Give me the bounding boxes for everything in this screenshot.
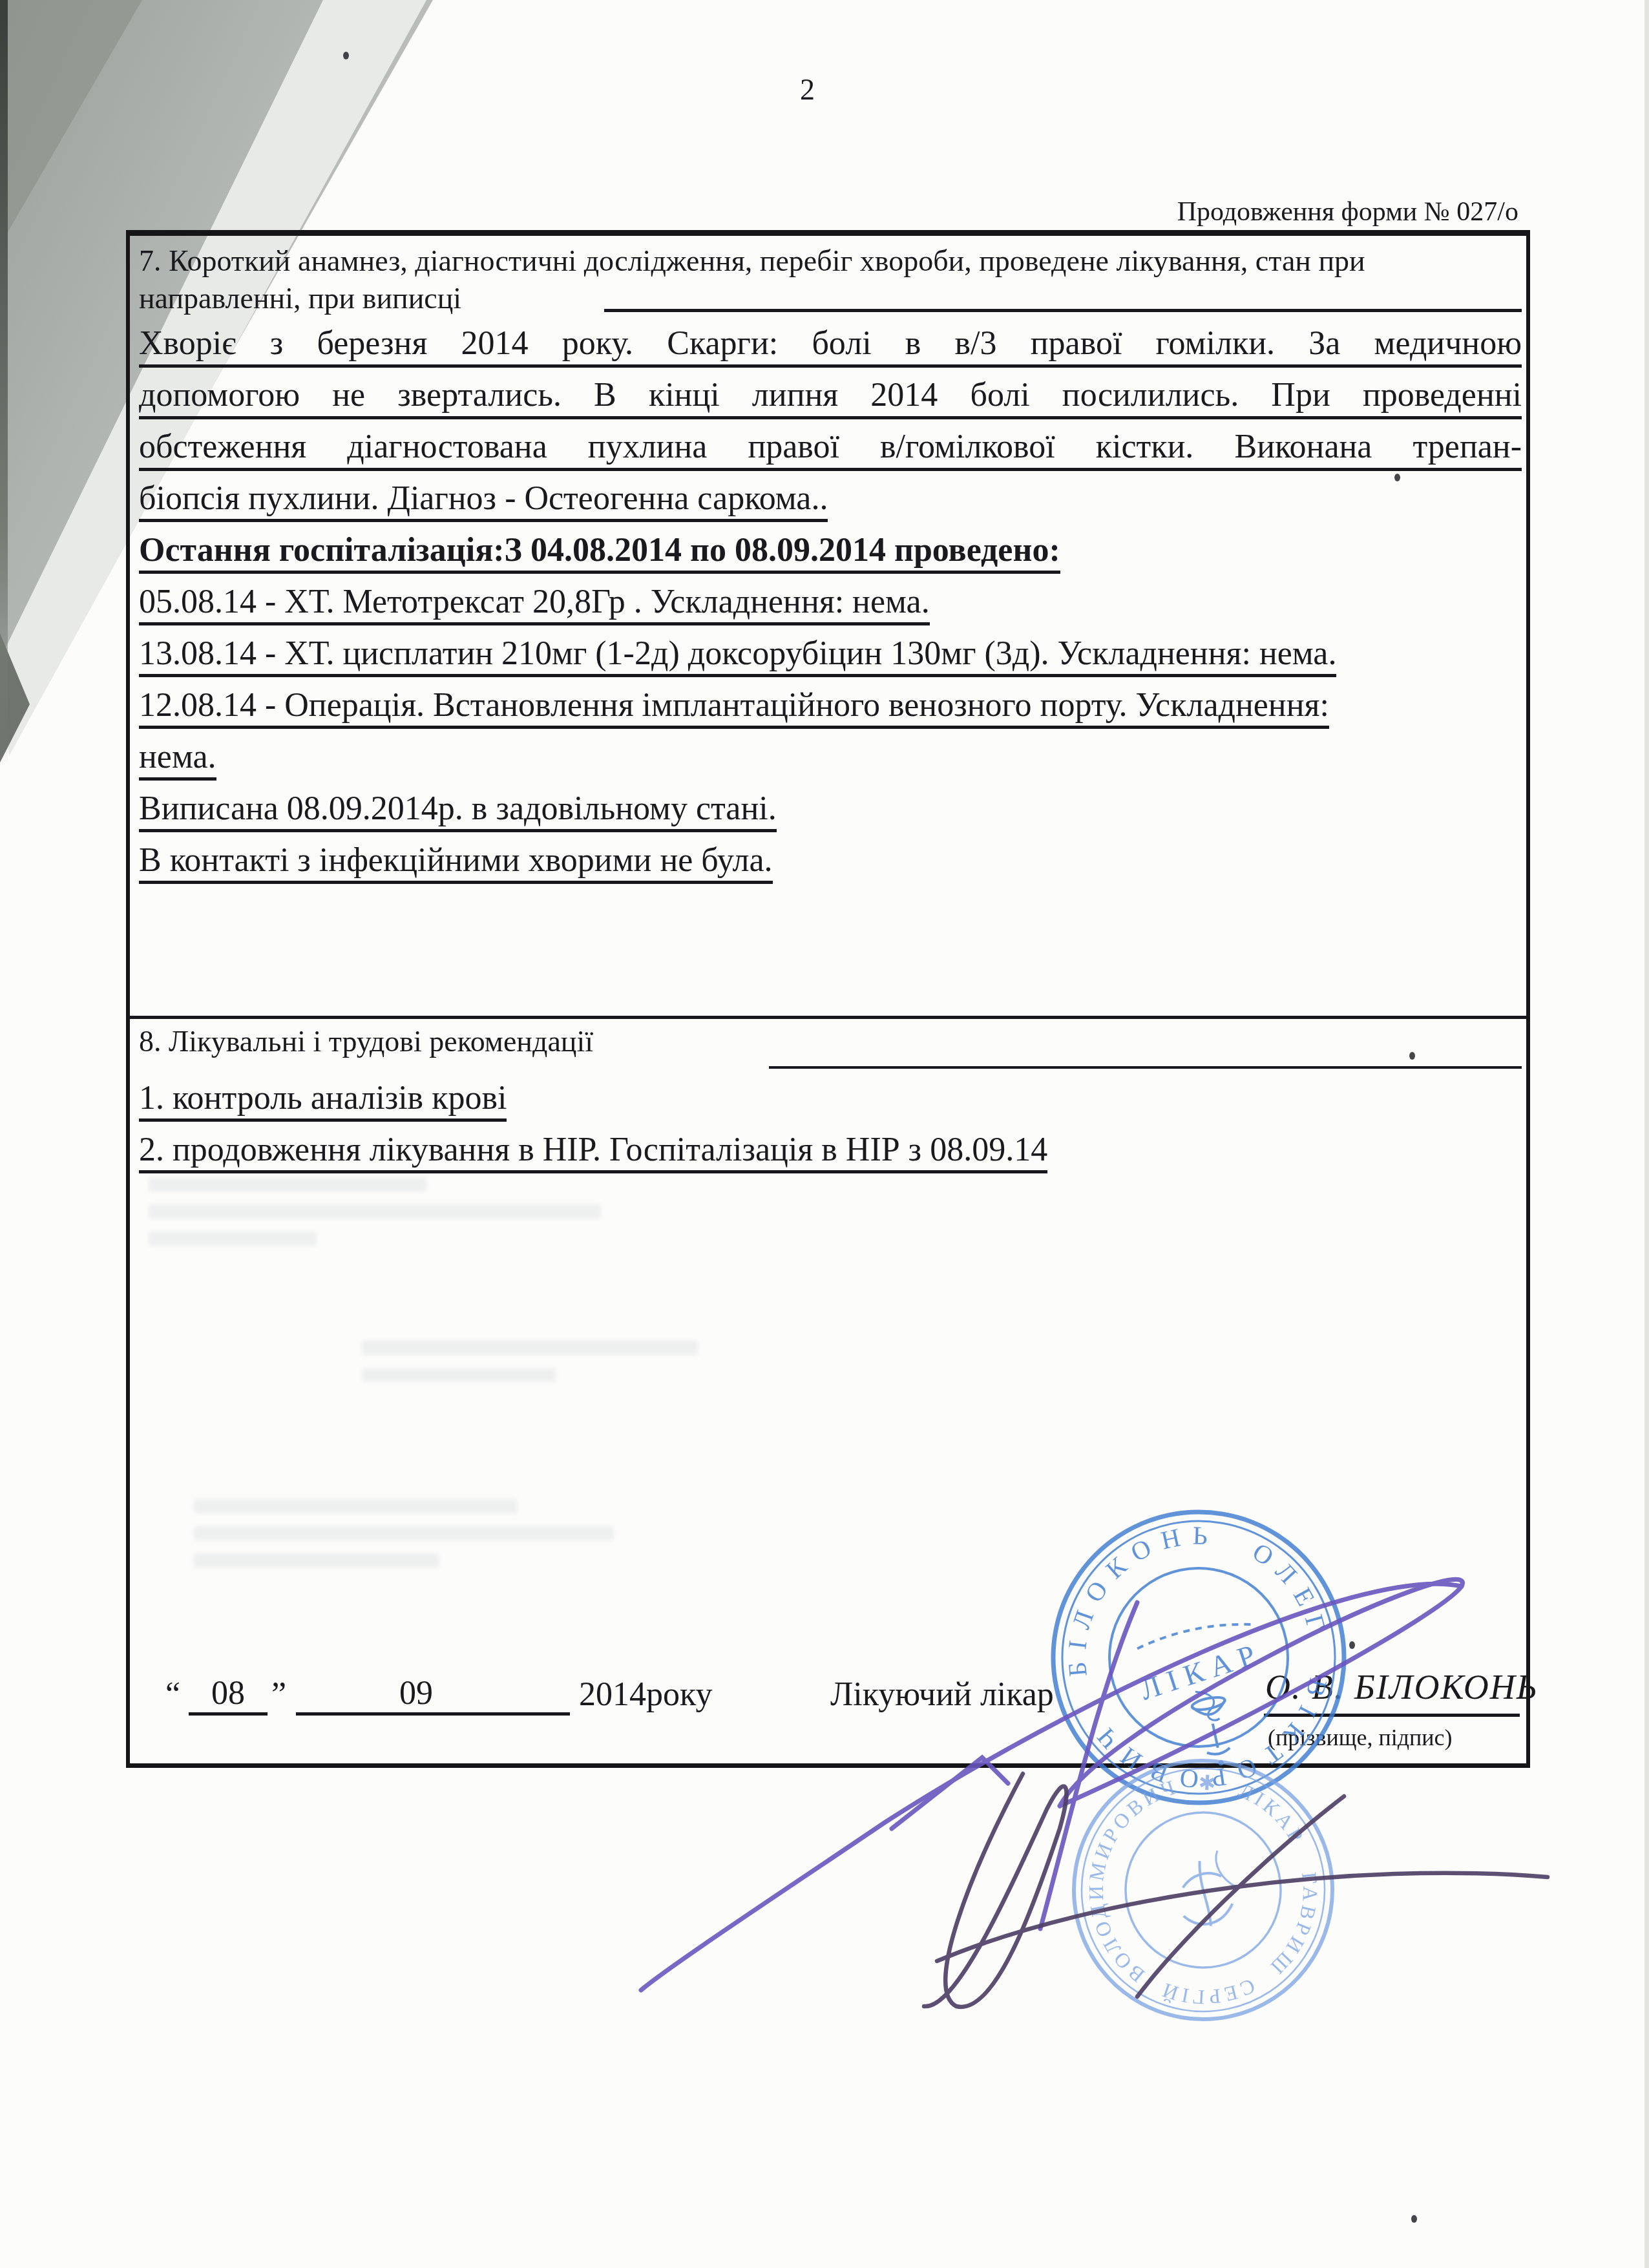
signatures-layer xyxy=(582,1525,1590,2055)
date-blank-segment xyxy=(447,1675,570,1716)
date-blank-segment xyxy=(296,1675,385,1716)
form-continuation-note: Продовження форми № 027/о xyxy=(1177,196,1518,227)
date-quote-close: ” xyxy=(271,1675,286,1715)
date-month-field: 09 xyxy=(385,1675,447,1716)
chief-doctor-signature xyxy=(924,1774,1548,2007)
medical-history-line: Остання госпіталізація:З 04.08.2014 по 0… xyxy=(139,530,1522,571)
medical-history-line: 12.08.14 - Операція. Встановлення імплан… xyxy=(139,685,1522,726)
medical-history-line: біопсія пухлини. Діагноз - Остеогенна са… xyxy=(139,478,1522,520)
medical-history-line: обстеження діагностована пухлина правої … xyxy=(139,426,1522,471)
scanned-medical-form-page: 2 Продовження форми № 027/о 7. Короткий … xyxy=(0,0,1649,2268)
medical-history-line: 13.08.14 - ХТ. цисплатин 210мг (1-2д) до… xyxy=(139,633,1522,675)
underlined-text: Виписана 08.09.2014р. в задовільному ста… xyxy=(139,790,777,832)
section7-label: 7. Короткий анамнез, діагностичні дослід… xyxy=(139,242,1523,317)
underlined-text: 05.08.14 - ХТ. Метотрексат 20,8Гр . Ускл… xyxy=(139,583,930,625)
underlined-text: нема. xyxy=(139,739,216,781)
section7-blank-line xyxy=(604,309,1522,312)
date-quote-open: “ xyxy=(165,1675,180,1715)
underlined-text: біопсія пухлини. Діагноз - Остеогенна са… xyxy=(139,480,828,522)
medical-history-line: Виписана 08.09.2014р. в задовільному ста… xyxy=(139,788,1522,830)
underlined-text: 12.08.14 - Операція. Встановлення імплан… xyxy=(139,687,1329,729)
medical-history-line: 05.08.14 - ХТ. Метотрексат 20,8Гр . Ускл… xyxy=(139,582,1522,623)
recommendation-line: 2. продовження лікування в НІР. Госпітал… xyxy=(139,1129,1522,1171)
recommendation-line: 1. контроль аналізів крові xyxy=(139,1078,1522,1119)
medical-history-line: нема. xyxy=(139,737,1522,778)
medical-history-line: допомогою не звертались. В кінці липня 2… xyxy=(139,375,1522,419)
medical-history-line: Хворіє з березня 2014 року. Скарги: болі… xyxy=(139,323,1522,368)
scan-right-edge-shadow xyxy=(1644,0,1649,2268)
doctor-signature xyxy=(641,1579,1462,1990)
underlined-text: В контакті з інфекційними хворими не бул… xyxy=(139,842,773,884)
section8-label: 8. Лікувальні і трудові рекомендації xyxy=(139,1024,593,1058)
underlined-text: 2. продовження лікування в НІР. Госпітал… xyxy=(139,1131,1047,1173)
section8-blank-line xyxy=(769,1066,1522,1069)
scan-speck xyxy=(1411,2215,1417,2223)
underlined-text: 1. контроль аналізів крові xyxy=(139,1080,507,1122)
medical-history-line: В контакті з інфекційними хворими не бул… xyxy=(139,840,1522,881)
section-divider xyxy=(130,1016,1526,1019)
underlined-text: Остання госпіталізація:З 04.08.2014 по 0… xyxy=(139,532,1060,574)
page-number: 2 xyxy=(800,72,815,107)
scan-left-edge-shadow xyxy=(0,0,8,766)
underlined-text: 13.08.14 - ХТ. цисплатин 210мг (1-2д) до… xyxy=(139,635,1336,677)
date-day-field: 08 xyxy=(189,1675,268,1716)
scan-speck xyxy=(343,52,349,59)
